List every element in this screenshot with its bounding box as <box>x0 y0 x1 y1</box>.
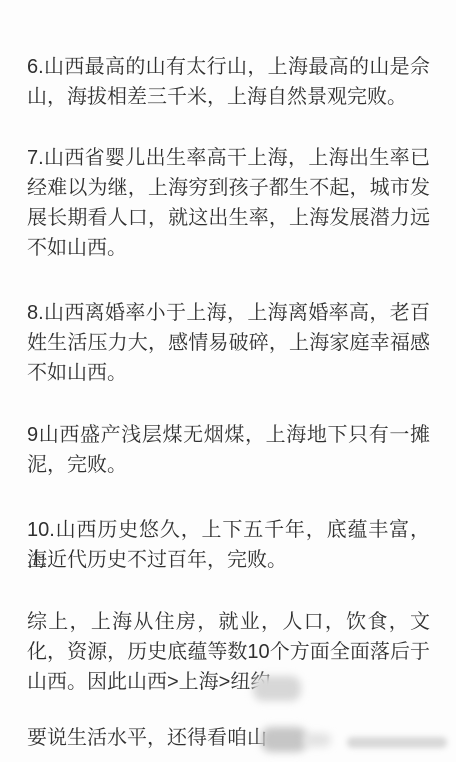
text-line: 综上，上海从住房，就业，人口，饮食，文 <box>27 607 430 637</box>
blur-smudge-tail <box>303 733 331 747</box>
text-line: 山，海拔相差三千米，上海自然景观完败。 <box>27 82 430 112</box>
list-item-10: 10.山西历史悠久，上下五千年，底蕴丰富，上 海近代历史不过百年，完败。 <box>27 515 430 575</box>
blur-smudge-after-shanxi <box>261 727 307 752</box>
text-line: 泥，完败。 <box>27 450 430 480</box>
list-item-9: 9山西盛产浅层煤无烟煤，上海地下只有一摊 泥，完败。 <box>27 420 430 480</box>
list-item-6: 6.山西最高的山有太行山，上海最高的山是佘 山，海拔相差三千米，上海自然景观完败… <box>27 52 430 112</box>
blur-smudge-after-newyork <box>253 676 301 701</box>
text-line: 经难以为继，上海穷到孩子都生不起，城市发 <box>27 173 430 203</box>
text-line: 海近代历史不过百年，完败。 <box>27 545 430 575</box>
text-line: 不如山西。 <box>27 358 430 388</box>
text-line: 不如山西。 <box>27 233 430 263</box>
text-line: 7.山西省婴儿出生率高干上海，上海出生率已 <box>27 143 430 173</box>
list-item-7: 7.山西省婴儿出生率高干上海，上海出生率已 经难以为继，上海穷到孩子都生不起，城… <box>27 143 430 263</box>
text-line: 10.山西历史悠久，上下五千年，底蕴丰富，上 <box>27 515 430 545</box>
text-line: 姓生活压力大，感情易破碎，上海家庭幸福感 <box>27 328 430 358</box>
text-line: 山西。因此山西>上海>纽约 <box>27 667 430 697</box>
list-item-8: 8.山西离婚率小于上海，上海离婚率高，老百 姓生活压力大，感情易破碎，上海家庭幸… <box>27 298 430 388</box>
text-line: 9山西盛产浅层煤无烟煤，上海地下只有一摊 <box>27 420 430 450</box>
text-line: 展长期看人口，就这出生率，上海发展潜力远 <box>27 203 430 233</box>
article-page: 6.山西最高的山有太行山，上海最高的山是佘 山，海拔相差三千米，上海自然景观完败… <box>0 0 456 762</box>
blurred-watermark <box>347 737 447 748</box>
text-line: 6.山西最高的山有太行山，上海最高的山是佘 <box>27 52 430 82</box>
article-text: 6.山西最高的山有太行山，上海最高的山是佘 山，海拔相差三千米，上海自然景观完败… <box>27 52 430 753</box>
text-line: 8.山西离婚率小于上海，上海离婚率高，老百 <box>27 298 430 328</box>
text-line: 化，资源，历史底蕴等数10个方面全面落后于 <box>27 637 430 667</box>
summary-paragraph: 综上，上海从住房，就业，人口，饮食，文 化，资源，历史底蕴等数10个方面全面落后… <box>27 607 430 697</box>
